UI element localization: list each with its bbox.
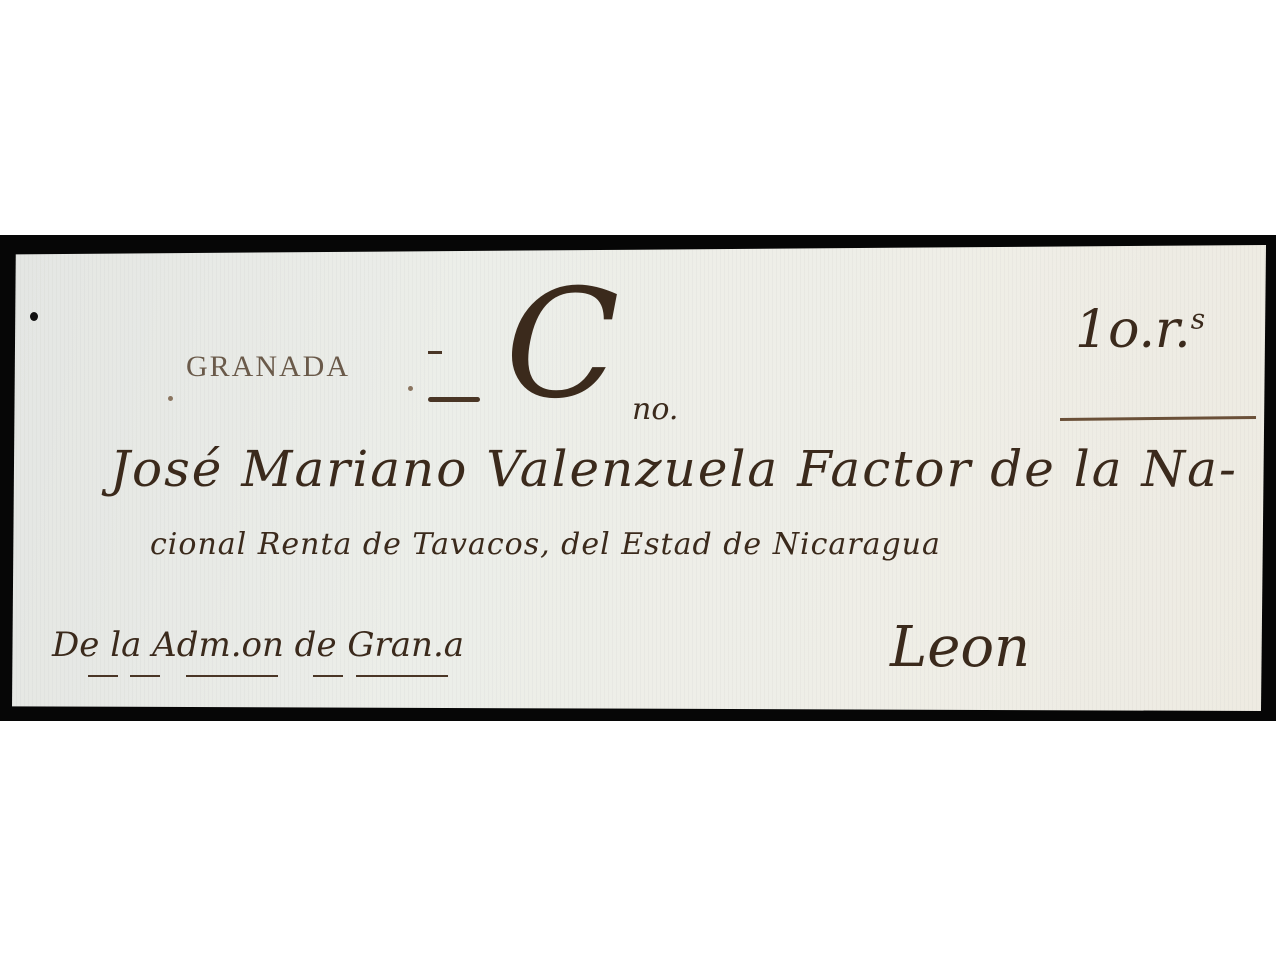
postmark-ornament bbox=[408, 386, 413, 391]
service-mark-suffix-text: no. bbox=[632, 392, 678, 427]
sender-underline bbox=[186, 675, 278, 677]
destination-leon: Leon bbox=[890, 615, 1030, 680]
rate-superscript: s bbox=[1191, 303, 1205, 336]
sender-note: De la Adm.on de Gran.a bbox=[52, 625, 464, 665]
sender-underline bbox=[88, 675, 118, 677]
address-line-2: cional Renta de Tavacos, del Estad de Ni… bbox=[150, 527, 941, 562]
service-mark-suffix: no. bbox=[632, 392, 678, 427]
sender-underline bbox=[313, 675, 343, 677]
ink-spot bbox=[30, 312, 38, 321]
ink-tick bbox=[428, 351, 442, 354]
postage-rate: 1o.r.s bbox=[1075, 300, 1205, 360]
service-mark-letter: C bbox=[505, 270, 620, 420]
sender-underline bbox=[130, 675, 160, 677]
postmark-ornament bbox=[168, 396, 173, 401]
ink-dash bbox=[428, 397, 480, 402]
rate-text: 1o.r. bbox=[1075, 300, 1191, 360]
granada-postmark: GRANADA bbox=[186, 350, 350, 384]
sender-underline bbox=[356, 675, 448, 677]
address-line-1: José Mariano Valenzuela Factor de la Na- bbox=[110, 440, 1238, 498]
